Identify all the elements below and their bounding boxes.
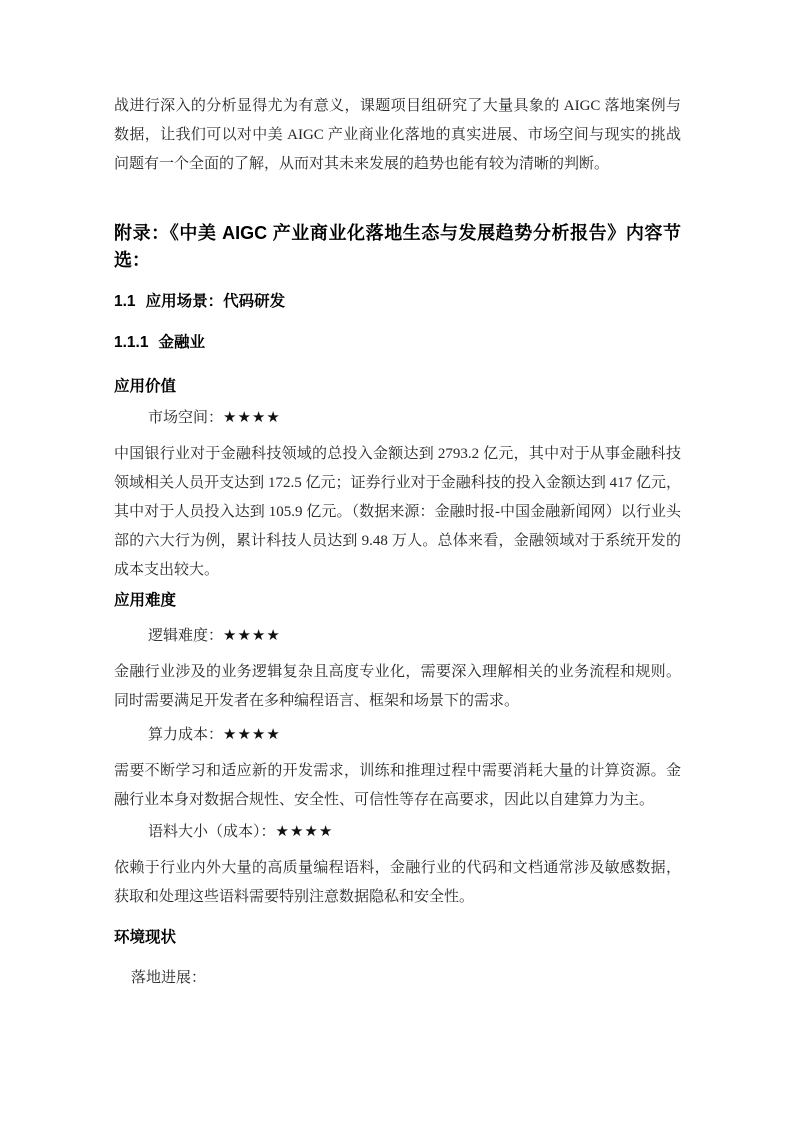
rating-line-market-space: 市场空间：★★★★ [114,407,681,429]
rating-line-logic-difficulty: 逻辑难度：★★★★ [114,625,681,647]
appendix-heading: 附录：《中美 AIGC 产业商业化落地生态与发展趋势分析报告》内容节选： [114,220,681,274]
rating-label: 算力成本： [148,727,223,743]
logic-difficulty-paragraph: 金融行业涉及的业务逻辑复杂且高度专业化，需要深入理解相关的业务流程和规则。同时需… [114,658,681,716]
section-heading-1-1-1: 1.1.1金融业 [114,332,681,353]
subheading-environment-status: 环境现状 [114,927,681,948]
rating-line-corpus-size: 语料大小（成本）：★★★★ [114,821,681,843]
star-rating-icons: ★★★★ [223,628,281,644]
intro-paragraph: 战进行深入的分析显得尤为有意义，课题项目组研究了大量具象的 AIGC 落地案例与… [114,92,681,179]
rating-label: 逻辑难度： [148,628,223,644]
application-value-paragraph: 中国银行业对于金融科技领域的总投入金额达到 2793.2 亿元，其中对于从事金融… [114,440,681,585]
section-title: 金融业 [158,334,205,351]
section-heading-1-1: 1.1应用场景：代码研发 [114,291,681,312]
rating-line-compute-cost: 算力成本：★★★★ [114,724,681,746]
section-number: 1.1.1 [114,334,148,351]
compute-cost-paragraph: 需要不断学习和适应新的开发需求，训练和推理过程中需要消耗大量的计算资源。金融行业… [114,757,681,815]
star-rating-icons: ★★★★ [223,727,281,743]
subheading-application-difficulty: 应用难度 [114,590,681,611]
document-page: 战进行深入的分析显得尤为有意义，课题项目组研究了大量具象的 AIGC 落地案例与… [0,0,793,1122]
star-rating-icons: ★★★★ [276,824,334,840]
corpus-size-paragraph: 依赖于行业内外大量的高质量编程语料，金融行业的代码和文档通常涉及敏感数据，获取和… [114,854,681,912]
star-rating-icons: ★★★★ [223,410,281,426]
section-number: 1.1 [114,293,136,310]
document-content: 战进行深入的分析显得尤为有意义，课题项目组研究了大量具象的 AIGC 落地案例与… [114,92,681,993]
rating-label: 市场空间： [148,410,223,426]
label-landing-progress: 落地进展： [114,964,681,993]
rating-label: 语料大小（成本）： [148,824,276,840]
section-title: 应用场景：代码研发 [146,293,286,310]
subheading-application-value: 应用价值 [114,376,681,397]
